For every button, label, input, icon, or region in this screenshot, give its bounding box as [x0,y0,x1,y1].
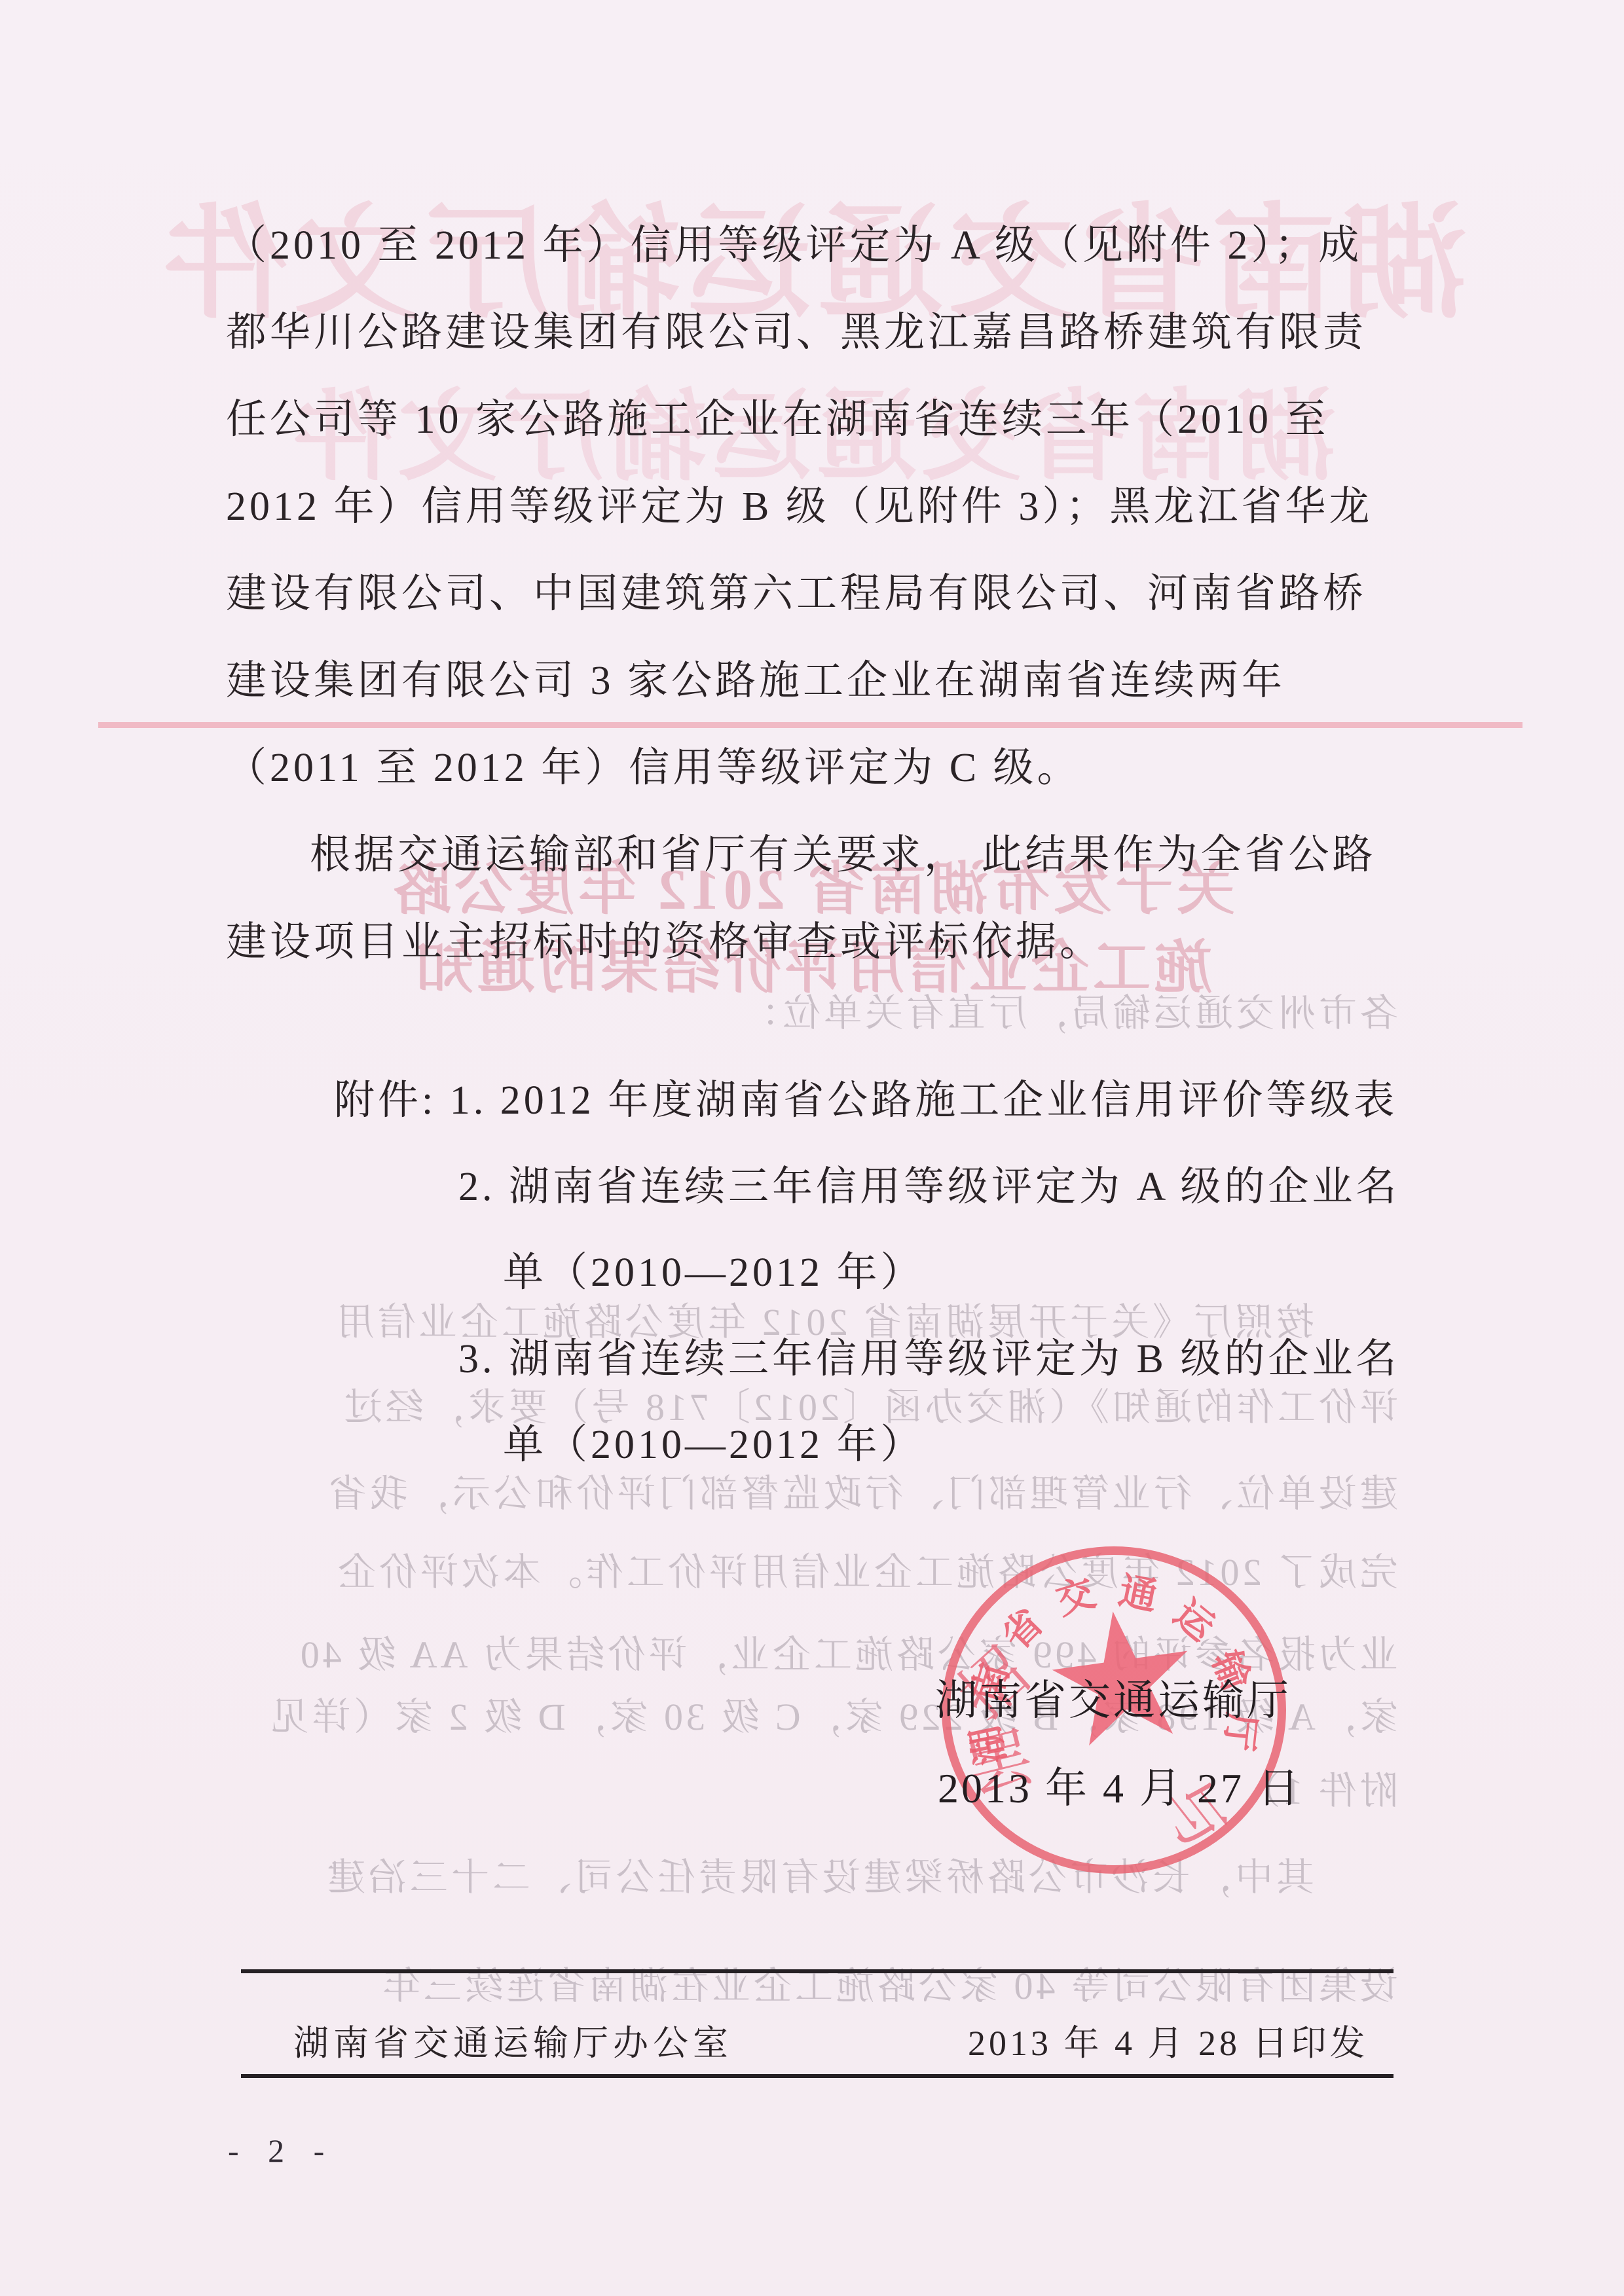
body-line: 2. 湖南省连续三年信用等级评定为 A 级的企业名 [458,1154,1399,1212]
body-line: 单（2010—2012 年） [503,1239,925,1298]
body-line: 都华川公路建设集团有限公司、黑龙江嘉昌路桥建筑有限责 [226,299,1367,357]
bleed-through-line: 设集团有限公司等 40 家公路施工企业在湖南省连续三年 [379,1955,1398,2010]
bleed-through-line: 完成了 2012 年度公路施工企业信用评价工作。本次评价企 [335,1541,1398,1596]
bleed-through-line: 各市州交通运输局，厅直有关单位： [738,982,1398,1037]
footer-bottom-rule [241,2074,1393,2078]
body-line: 根据交通运输部和省厅有关要求， 此结果作为全省公路 [310,822,1376,880]
signature-org: 湖南省交通运输厅 [935,1667,1291,1727]
body-line: 3. 湖南省连续三年信用等级评定为 B 级的企业名 [458,1326,1399,1384]
body-line: 建设集团有限公司 3 家公路施工企业在湖南省连续两年 [226,647,1285,706]
signature-date: 2013 年 4 月 27 日 [938,1755,1302,1815]
bleed-red-rule [98,722,1522,728]
footer-print-date: 2013 年 4 月 28 日印发 [968,2015,1369,2066]
body-line: （2011 至 2012 年）信用等级评定为 C 级。 [226,735,1081,793]
body-line: （2010 至 2012 年）信用等级评定为 A 级（见附件 2）；成 [226,212,1362,270]
bleed-through-line: 建设单位、行业管理部门、行政监督部门评价和公示，我省 [325,1463,1398,1518]
scanned-document-page: { "page": { "page_number": "- 2 -" }, "b… [0,0,1624,2296]
footer-office-label: 湖南省交通运输厅办公室 [293,2015,733,2066]
body-line: 单（2010—2012 年） [503,1412,925,1470]
body-line: 建设有限公司、中国建筑第六工程局有限公司、河南省路桥 [226,560,1367,619]
footer-top-rule [241,1969,1393,1973]
body-line: 附件: 1. 2012 年度湖南省公路施工企业信用评价等级表 [334,1067,1397,1125]
body-line: 建设项目业主招标时的资格审查或评标依据。 [226,909,1103,967]
body-line: 2012 年）信用等级评定为 B 级（见附件 3）；黑龙江省华龙 [226,473,1373,532]
body-line: 任公司等 10 家公路施工企业在湖南省连续三年（2010 至 [226,386,1329,445]
page-number: - 2 - [228,2132,335,2170]
